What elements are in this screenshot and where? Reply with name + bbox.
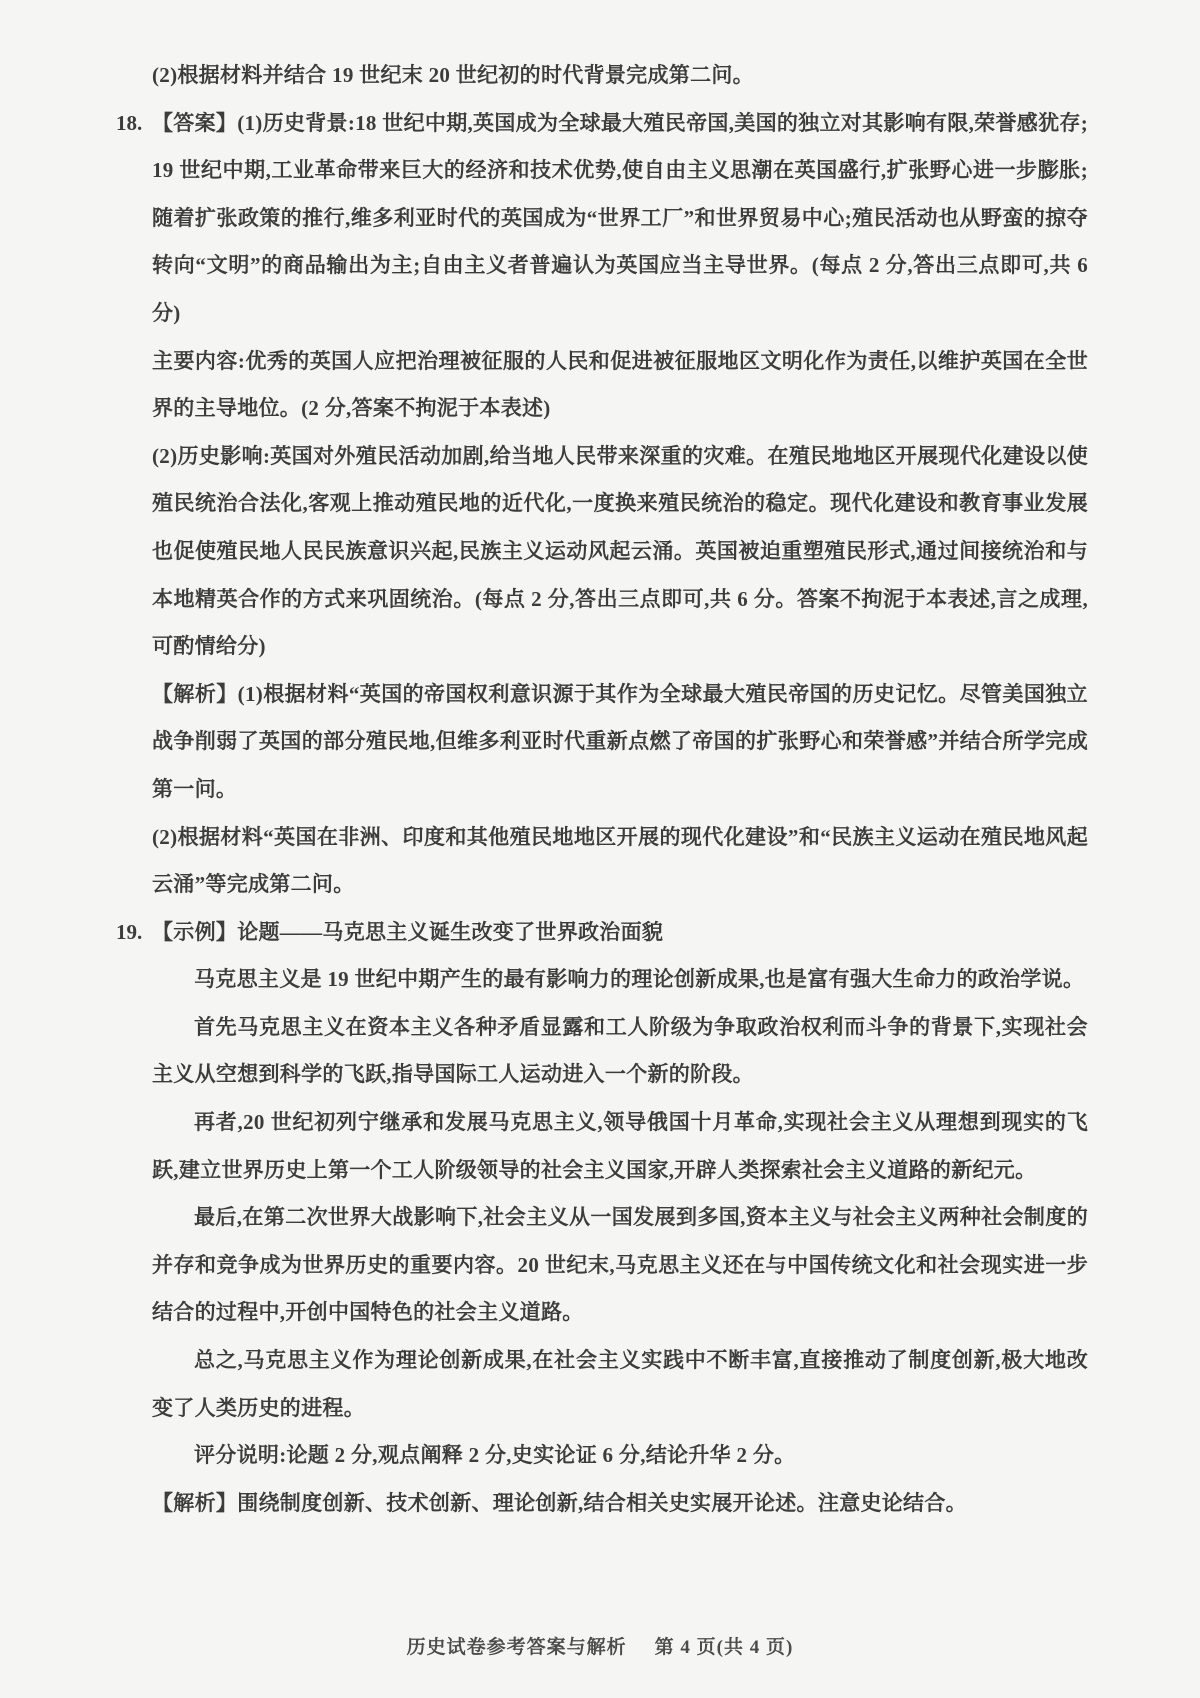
q18-answer-paragraph: 18.【答案】(1)历史背景:18 世纪中期,英国成为全球最大殖民帝国,美国的独… bbox=[152, 100, 1088, 338]
page-footer: 历史试卷参考答案与解析第 4 页(共 4 页) bbox=[0, 1632, 1200, 1659]
footer-page-number: 第 4 页(共 4 页) bbox=[655, 1637, 794, 1658]
q19-example-thesis-paragraph: 19.【示例】论题——马克思主义诞生改变了世界政治面貌 bbox=[152, 909, 1088, 957]
q19-essay-third-point-paragraph: 最后,在第二次世界大战影响下,社会主义从一国发展到多国,资本主义与社会主义两种社… bbox=[152, 1194, 1088, 1337]
q17-part2-solution-line: (2)根据材料并结合 19 世纪末 20 世纪初的时代背景完成第二问。 bbox=[152, 52, 1088, 100]
footer-doc-title: 历史试卷参考答案与解析 bbox=[407, 1637, 627, 1658]
answer-content: (2)根据材料并结合 19 世纪末 20 世纪初的时代背景完成第二问。 18.【… bbox=[152, 52, 1088, 1527]
q18-question-number: 18. bbox=[116, 100, 152, 148]
q19-essay-second-point-paragraph: 再者,20 世纪初列宁继承和发展马克思主义,领导俄国十月革命,实现社会主义从理想… bbox=[152, 1099, 1088, 1194]
exam-answer-page: (2)根据材料并结合 19 世纪末 20 世纪初的时代背景完成第二问。 18.【… bbox=[0, 0, 1200, 1698]
q19-essay-intro-paragraph: 马克思主义是 19 世纪中期产生的最有影响力的理论创新成果,也是富有强大生命力的… bbox=[152, 956, 1088, 1004]
q19-thesis-text: 【示例】论题——马克思主义诞生改变了世界政治面貌 bbox=[152, 920, 663, 944]
q19-essay-conclusion-paragraph: 总之,马克思主义作为理论创新成果,在社会主义实践中不断丰富,直接推动了制度创新,… bbox=[152, 1337, 1088, 1432]
q18-main-content-paragraph: 主要内容:优秀的英国人应把治理被征服的人民和促进被征服地区文明化作为责任,以维护… bbox=[152, 338, 1088, 433]
q19-scoring-note-paragraph: 评分说明:论题 2 分,观点阐释 2 分,史实论证 6 分,结论升华 2 分。 bbox=[152, 1432, 1088, 1480]
q18-analysis-part1-paragraph: 【解析】(1)根据材料“英国的帝国权利意识源于其作为全球最大殖民帝国的历史记忆。… bbox=[152, 671, 1088, 814]
q19-analysis-paragraph: 【解析】围绕制度创新、技术创新、理论创新,结合相关史实展开论述。注意史论结合。 bbox=[152, 1480, 1088, 1528]
q19-essay-first-point-paragraph: 首先马克思主义在资本主义各种矛盾显露和工人阶级为争取政治权利而斗争的背景下,实现… bbox=[152, 1004, 1088, 1099]
q18-analysis-part2-paragraph: (2)根据材料“英国在非洲、印度和其他殖民地地区开展的现代化建设”和“民族主义运… bbox=[152, 814, 1088, 909]
q18-answer-text: 【答案】(1)历史背景:18 世纪中期,英国成为全球最大殖民帝国,美国的独立对其… bbox=[152, 111, 1088, 325]
q19-question-number: 19. bbox=[116, 909, 152, 957]
q18-part2-impact-paragraph: (2)历史影响:英国对外殖民活动加剧,给当地人民带来深重的灾难。在殖民地地区开展… bbox=[152, 433, 1088, 671]
